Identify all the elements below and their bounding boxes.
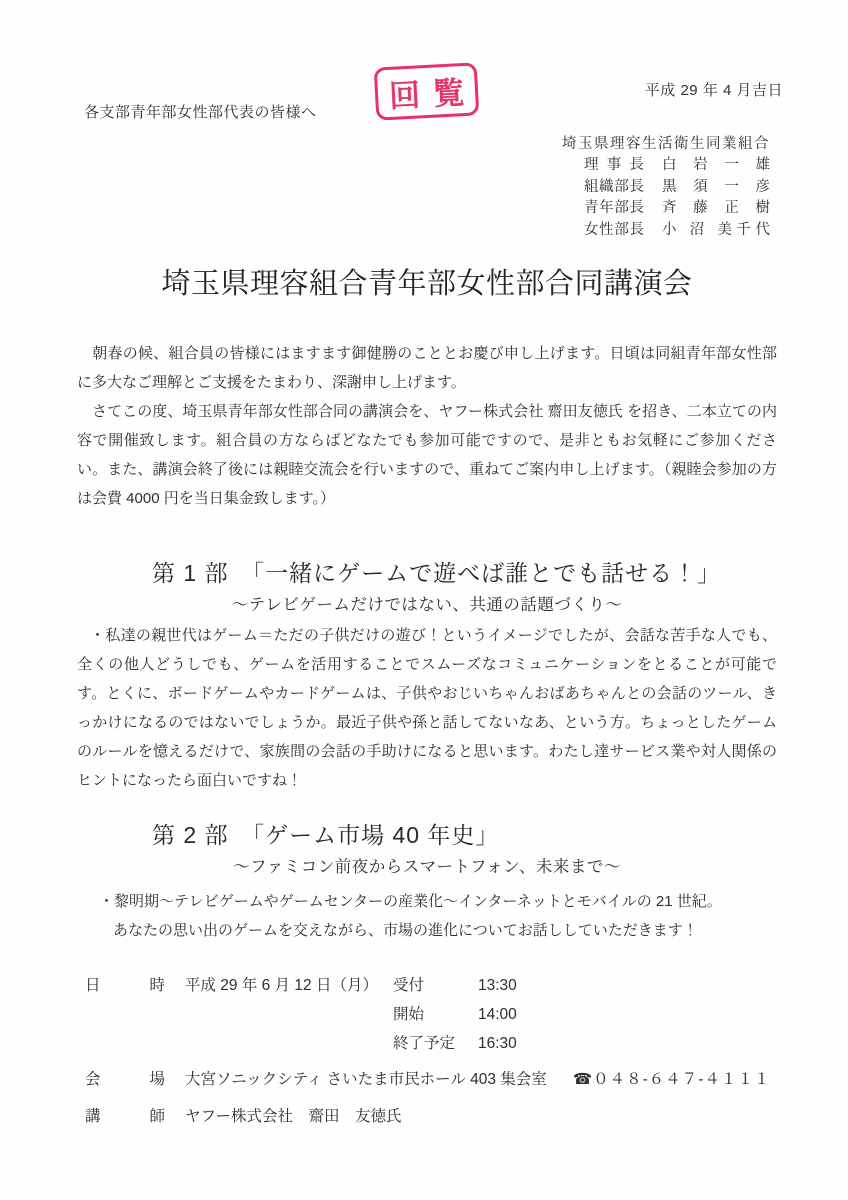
schedule: 受付 13:30 開始 14:00 終了予定 16:30 xyxy=(393,971,517,1058)
schedule-name: 開始 xyxy=(393,1000,478,1029)
officer-title: 組織部長 xyxy=(584,177,644,199)
datetime-row: 日 時 平成 29 年 6 月 12 日（月） 受付 13:30 開始 14:0… xyxy=(85,971,777,1058)
schedule-time: 13:30 xyxy=(478,971,517,1000)
datetime-label: 日 時 xyxy=(85,971,165,1000)
officer-title: 女性部長 xyxy=(584,220,644,242)
part2-line-2: あなたの思い出のゲームを交えながら、市場の進化についてお話ししていただきます！ xyxy=(113,916,777,945)
part2-line-1: ・黎明期～テレビゲームやゲームセンターの産業化～インターネットとモバイルの 21… xyxy=(99,887,777,916)
schedule-row: 終了予定 16:30 xyxy=(393,1029,517,1058)
officer-name: 小 沼 美千代 xyxy=(662,220,770,242)
intro-paragraph: さてこの度、埼玉県青年部女性部合同の講演会を、ヤフー株式会社 齋田友徳氏 を招き… xyxy=(77,397,777,513)
officer-name: 白 岩 一 雄 xyxy=(662,155,770,177)
kairan-stamp-label: 回覧 xyxy=(388,66,478,116)
part2-heading: 第 2 部 「ゲーム市場 40 年史」 xyxy=(152,819,777,852)
officer-title: 理 事 長 xyxy=(584,155,644,177)
schedule-time: 14:00 xyxy=(478,1000,517,1029)
recipient-line: 各支部青年部女性部代表の皆様へ xyxy=(84,101,317,122)
part2-subtitle: ～ファミコン前夜からスマートフォン、未来まで～ xyxy=(77,855,777,880)
part1-heading: 第 1 部 「一緒にゲームで遊べば誰とでも話せる！」 xyxy=(152,557,777,590)
venue-row: 会 場 大宮ソニックシティ さいたま市民ホール 403 集会室 ☎０４８-６４７… xyxy=(85,1065,777,1094)
scanned-notice-page: 回覧 平成 29 年 4 月吉日 各支部青年部女性部代表の皆様へ 埼玉県理容生活… xyxy=(0,0,848,1200)
kairan-stamp: 回覧 xyxy=(374,62,480,120)
part1-section: 第 1 部 「一緒にゲームで遊べば誰とでも話せる！」 ～テレビゲームだけではない… xyxy=(77,557,777,795)
issue-date: 平成 29 年 4 月吉日 xyxy=(645,79,783,100)
officer-name: 斉 藤 正 樹 xyxy=(662,198,770,220)
officer-row: 女性部長 小 沼 美千代 xyxy=(562,220,770,242)
notice-title: 埼玉県理容組合青年部女性部合同講演会 xyxy=(77,265,777,303)
event-details: 日 時 平成 29 年 6 月 12 日（月） 受付 13:30 開始 14:0… xyxy=(85,971,777,1131)
org-name: 埼玉県理容生活衛生同業組合 xyxy=(562,133,770,155)
officer-title: 青年部長 xyxy=(584,198,644,220)
officer-row: 理 事 長 白 岩 一 雄 xyxy=(562,155,770,177)
officer-name: 黒 須 一 彦 xyxy=(662,177,770,199)
officer-row: 組織部長 黒 須 一 彦 xyxy=(562,177,770,199)
part1-subtitle: ～テレビゲームだけではない、共通の話題づくり～ xyxy=(77,593,777,618)
officer-row: 青年部長 斉 藤 正 樹 xyxy=(562,198,770,220)
venue-label: 会 場 xyxy=(85,1065,165,1094)
greeting-paragraph: 朝春の候、組合員の皆様にはますます御健勝のこととお慶び申し上げます。日頃は同組青… xyxy=(77,339,777,397)
venue-phone: ☎０４８-６４７-４１１１ xyxy=(573,1065,771,1094)
part1-body: ・私達の親世代はゲーム＝ただの子供だけの遊び！というイメージでしたが、会話な苦手… xyxy=(77,621,777,795)
venue-name: 大宮ソニックシティ さいたま市民ホール 403 集会室 xyxy=(185,1065,547,1094)
part2-section: 第 2 部 「ゲーム市場 40 年史」 ～ファミコン前夜からスマートフォン、未来… xyxy=(77,819,777,945)
lecturer-label: 講 師 xyxy=(85,1102,165,1131)
lecturer-name: ヤフー株式会社 齋田 友徳氏 xyxy=(185,1102,402,1131)
lecturer-row: 講 師 ヤフー株式会社 齋田 友徳氏 xyxy=(85,1102,777,1131)
schedule-time: 16:30 xyxy=(478,1029,517,1058)
schedule-row: 開始 14:00 xyxy=(393,1000,517,1029)
schedule-name: 受付 xyxy=(393,971,478,1000)
schedule-row: 受付 13:30 xyxy=(393,971,517,1000)
datetime-date: 平成 29 年 6 月 12 日（月） xyxy=(185,971,393,1000)
org-block: 埼玉県理容生活衛生同業組合 理 事 長 白 岩 一 雄 組織部長 黒 須 一 彦… xyxy=(562,133,770,241)
schedule-name: 終了予定 xyxy=(393,1029,478,1058)
